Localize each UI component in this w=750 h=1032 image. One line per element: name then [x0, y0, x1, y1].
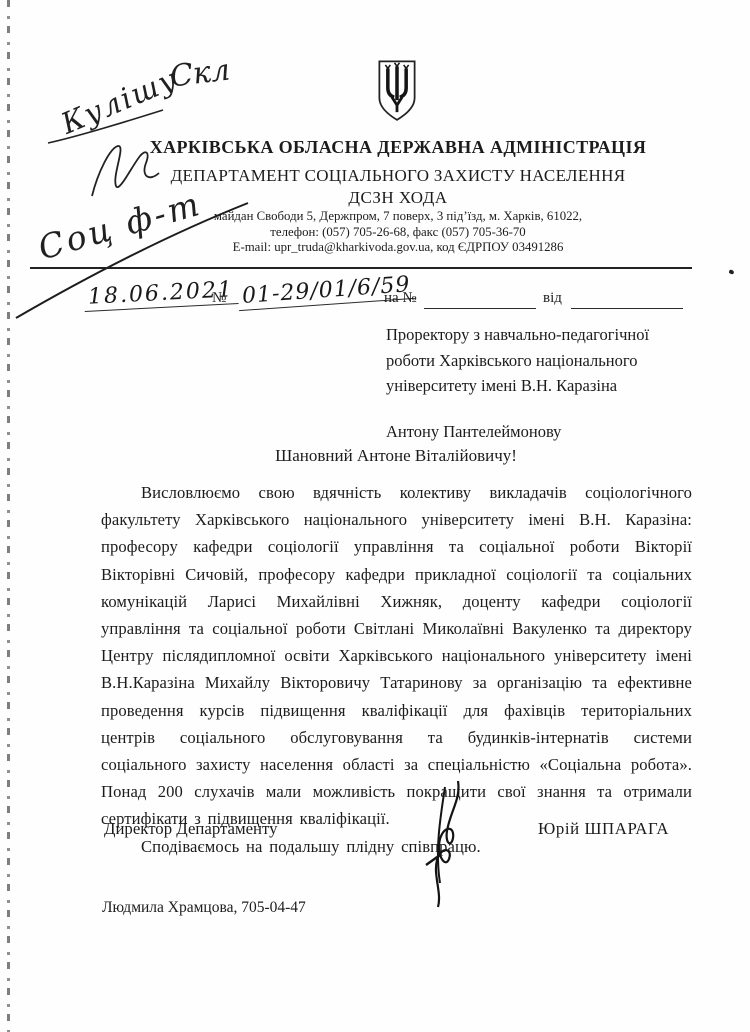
director-signature-scribble	[414, 779, 476, 909]
org-name: ХАРКІВСЬКА ОБЛАСНА ДЕРЖАВНА АДМІНІСТРАЦІ…	[60, 137, 736, 158]
incoming-number-blank	[424, 291, 536, 309]
email-line: E-mail: upr_truda@kharkivoda.gov.ua, код…	[60, 240, 736, 255]
from-date-label: від	[543, 290, 562, 307]
recipient-line-3: університету імені В.Н. Каразіна	[386, 373, 649, 399]
from-date-blank	[571, 291, 683, 309]
body-paragraph-1: Висловлюємо свою вдячність колективу вик…	[101, 479, 692, 833]
salutation: Шановний Антоне Віталійовичу!	[100, 446, 692, 466]
phone-line: телефон: (057) 705-26-68, факс (057) 705…	[60, 225, 736, 240]
incoming-number-label: на №	[384, 290, 417, 307]
handwritten-note-kulishu: Кулішу	[56, 61, 183, 140]
recipient-block: Проректору з навчально-педагогічної робо…	[386, 322, 649, 444]
ink-speck	[728, 269, 734, 274]
scan-edge-artifact	[7, 0, 10, 1032]
signature-position-title: Директор Департаменту	[104, 819, 278, 839]
header-rule	[30, 267, 692, 269]
department-abbr: ДСЗН ХОДА	[60, 188, 736, 208]
recipient-name: Антону Пантелеймонову	[386, 419, 649, 445]
address-line: майдан Свободи 5, Держпром, 7 поверх, 3 …	[60, 209, 736, 224]
scanned-letter-page: Скл Кулішу Соц ф-т ХАРКІВСЬКА ОБЛАСНА ДЕ…	[0, 0, 750, 1032]
signature-name: Юрій ШПАРАГА	[538, 819, 669, 839]
recipient-line-2: роботи Харківського національного	[386, 348, 649, 374]
executor-contact: Людмила Храмцова, 705-04-47	[102, 899, 306, 917]
letterhead: ХАРКІВСЬКА ОБЛАСНА ДЕРЖАВНА АДМІНІСТРАЦІ…	[60, 137, 736, 255]
coat-of-arms-trident-icon	[373, 60, 421, 122]
number-label: №	[212, 290, 226, 307]
recipient-line-1: Проректору з навчально-педагогічної	[386, 322, 649, 348]
letter-body: Висловлюємо свою вдячність колективу вик…	[101, 479, 692, 860]
department-name: ДЕПАРТАМЕНТ СОЦІАЛЬНОГО ЗАХИСТУ НАСЕЛЕНН…	[60, 166, 736, 186]
